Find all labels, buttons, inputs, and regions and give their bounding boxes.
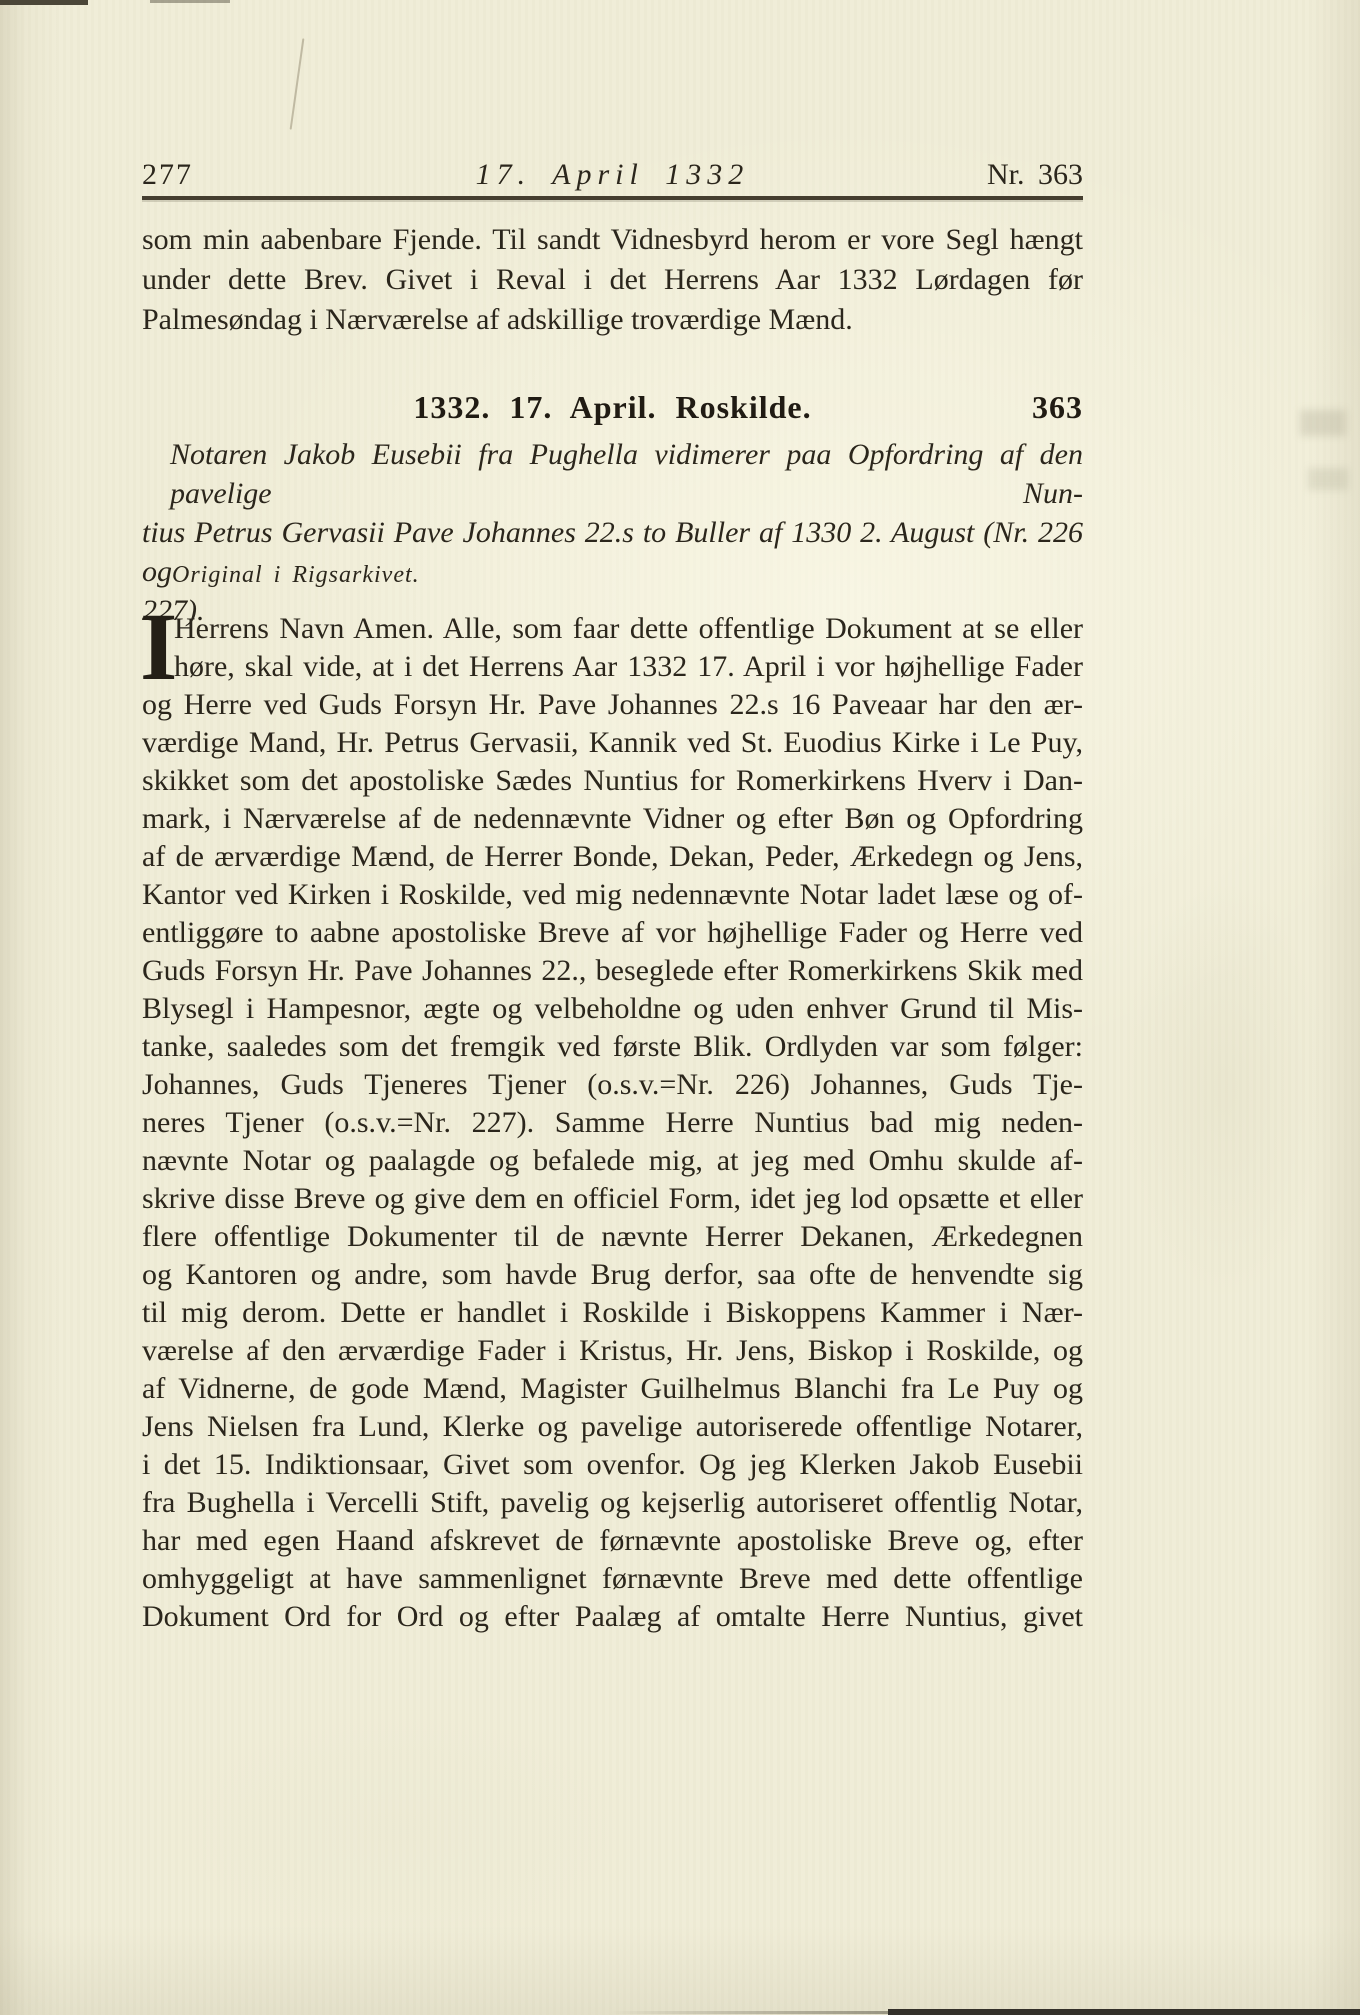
text-line: neres Tjener (o.s.v.=Nr. 227). Samme Her… bbox=[142, 1104, 1083, 1142]
text-line: Kantor ved Kirken i Roskilde, ved mig ne… bbox=[142, 876, 1083, 914]
text-line: Dokument Ord for Ord og efter Paalæg af … bbox=[142, 1598, 1083, 1636]
text-line: som min aabenbare Fjende. Til sandt Vidn… bbox=[142, 220, 1083, 260]
text-line: Jens Nielsen fra Lund, Klerke og pavelig… bbox=[142, 1408, 1083, 1446]
running-date: 17. April 1332 bbox=[142, 158, 1083, 192]
entry-heading: 1332. 17. April. Roskilde. bbox=[142, 389, 1083, 426]
scan-artifact-top-left-2 bbox=[150, 0, 230, 3]
entry-number: 363 bbox=[1032, 389, 1083, 426]
text-line: entliggøre to aabne apostoliske Breve af… bbox=[142, 914, 1083, 952]
drop-cap: I bbox=[140, 613, 177, 681]
text-line: værelse af den ærværdige Fader i Kristus… bbox=[142, 1332, 1083, 1370]
text-line: flere offentlige Dokumenter til de nævnt… bbox=[142, 1218, 1083, 1256]
paper-mottle bbox=[1120, 880, 1330, 1300]
text-line: høre, skal vide, at i det Herrens Aar 13… bbox=[174, 648, 1083, 686]
source-note: Original i Rigsarkivet. bbox=[142, 562, 1113, 589]
body-lines: Herrens Navn Amen. Alle, som faar dette … bbox=[142, 610, 1083, 1636]
text-line: Blysegl i Hampesnor, ægte og velbeholdne… bbox=[142, 990, 1083, 1028]
ink-bleed-ghost bbox=[1308, 468, 1348, 490]
text-line: Palmesøndag i Nærværelse af adskillige t… bbox=[142, 300, 1083, 340]
text-line: til mig derom. Dette er handlet i Roskil… bbox=[142, 1294, 1083, 1332]
text-line: mark, i Nærværelse af de nedennævnte Vid… bbox=[142, 800, 1083, 838]
entry-heading-row: 1332. 17. April. Roskilde. 363 bbox=[142, 389, 1083, 426]
text-line: og Kantoren og andre, som havde Brug der… bbox=[142, 1256, 1083, 1294]
scanned-page: 277 17. April 1332 Nr. 363 som min aaben… bbox=[0, 0, 1360, 2015]
text-line: Johannes, Guds Tjeneres Tjener (o.s.v.=N… bbox=[142, 1066, 1083, 1104]
header-rule bbox=[142, 196, 1083, 200]
document-body: I Herrens Navn Amen. Alle, som faar dett… bbox=[142, 610, 1083, 1636]
scan-artifact-bottom-strip bbox=[888, 2009, 1360, 2015]
entry-number-header: Nr. 363 bbox=[987, 158, 1083, 192]
text-line: omhyggeligt at have sammenlignet førnævn… bbox=[142, 1560, 1083, 1598]
ink-bleed-ghost bbox=[1300, 410, 1346, 436]
text-line: tanke, saaledes som det fremgik ved førs… bbox=[142, 1028, 1083, 1066]
text-line: af Vidnerne, de gode Mænd, Magister Guil… bbox=[142, 1370, 1083, 1408]
paper-mottle bbox=[150, 1700, 650, 1960]
entry-summary: Notaren Jakob Eusebii fra Pughella vidim… bbox=[142, 435, 1083, 630]
text-line: nævnte Notar og paalagde og befalede mig… bbox=[142, 1142, 1083, 1180]
text-line: Notaren Jakob Eusebii fra Pughella vidim… bbox=[142, 435, 1083, 513]
text-line: værdige Mand, Hr. Petrus Gervasii, Kanni… bbox=[142, 724, 1083, 762]
text-line: har med egen Haand afskrevet de førnævnt… bbox=[142, 1522, 1083, 1560]
text-line: under dette Brev. Givet i Reval i det He… bbox=[142, 260, 1083, 300]
text-line: Guds Forsyn Hr. Pave Johannes 22., beseg… bbox=[142, 952, 1083, 990]
scan-artifact-top-left bbox=[0, 0, 88, 5]
text-line: fra Bughella i Vercelli Stift, pavelig o… bbox=[142, 1484, 1083, 1522]
text-line: Herrens Navn Amen. Alle, som faar dette … bbox=[174, 610, 1083, 648]
scan-artifact-bottom-fade bbox=[610, 2011, 890, 2014]
text-line: skikket som det apostoliske Sædes Nuntiu… bbox=[142, 762, 1083, 800]
continuation-paragraph: som min aabenbare Fjende. Til sandt Vidn… bbox=[142, 220, 1083, 340]
scan-hair-scratch bbox=[290, 38, 305, 129]
text-line: af de ærværdige Mænd, de Herrer Bonde, D… bbox=[142, 838, 1083, 876]
text-line: skrive disse Breve og give dem en offici… bbox=[142, 1180, 1083, 1218]
running-header: 277 17. April 1332 Nr. 363 bbox=[142, 158, 1083, 196]
text-line: og Herre ved Guds Forsyn Hr. Pave Johann… bbox=[142, 686, 1083, 724]
text-line: i det 15. Indiktionsaar, Givet som ovenf… bbox=[142, 1446, 1083, 1484]
